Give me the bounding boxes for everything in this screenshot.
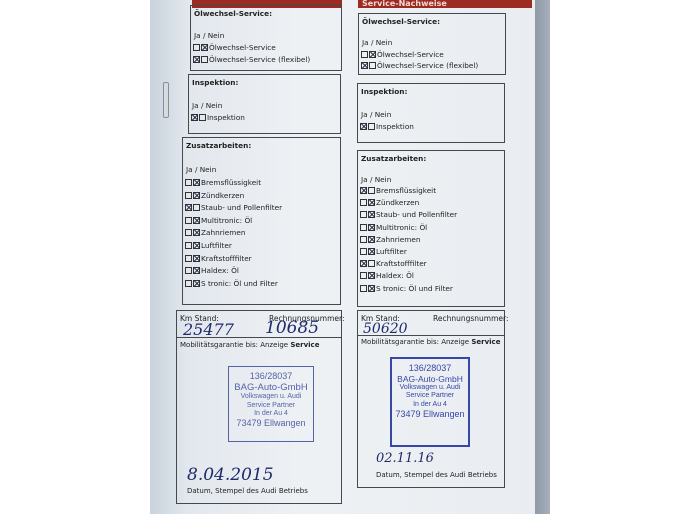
date-value: 8.04.2015 [187,465,274,485]
checkbox-ja[interactable] [360,187,367,194]
stamp-line: BAG-Auto-GmbH [229,382,313,393]
checkbox-ja[interactable] [361,62,368,69]
checkbox-nein[interactable] [193,204,200,211]
row-label: Multitronic: Öl [201,216,252,225]
checkbox-nein[interactable] [368,187,375,194]
row-label: Luftfilter [201,241,232,250]
row-label: Zahnriemen [201,228,245,237]
mobility-guarantee-label: Mobilitätsgarantie bis: Anzeige Service [361,338,500,346]
checkbox-nein[interactable] [193,229,200,236]
checkbox-ja[interactable] [193,56,200,63]
row-label: Staub- und Pollenfilter [201,203,282,212]
dealer-stamp: 136/28037 BAG-Auto-GmbH Volkswagen u. Au… [390,357,470,447]
yes-no-label: Ja / Nein [361,175,391,184]
additional-work-box-right: Zusatzarbeiten: Ja / Nein Bremsflüssigke… [357,150,505,307]
checkbox-ja[interactable] [360,123,367,130]
checkbox-ja[interactable] [360,260,367,267]
checkbox-ja[interactable] [361,51,368,58]
row-label: Ölwechsel-Service [209,43,276,52]
row-label: Bremsflüssigkeit [201,178,261,187]
checkbox-nein[interactable] [368,260,375,267]
checkbox-row[interactable]: Staub- und Pollenfilter [360,210,457,219]
checkbox-row[interactable]: Multitronic: Öl [360,223,427,232]
oil-service-title: Ölwechsel-Service: [194,9,272,18]
checkbox-row[interactable]: Kraftstofffilter [360,259,427,268]
checkbox-ja[interactable] [185,255,192,262]
row-label: Inspektion [376,122,414,131]
row-label: Inspektion [207,113,245,122]
row-label: Bremsflüssigkeit [376,186,436,195]
checkbox-ja[interactable] [185,204,192,211]
stamp-line: In der Au 4 [392,401,468,409]
mobility-bold: Service [290,341,319,349]
checkbox-row[interactable]: Zündkerzen [185,191,244,200]
checkbox-ja[interactable] [185,242,192,249]
mobility-guarantee-label: Mobilitätsgarantie bis: Anzeige Service [180,341,319,349]
checkbox-nein[interactable] [201,44,208,51]
row-label: Haldex: Öl [376,271,414,280]
additional-work-title: Zusatzarbeiten: [361,154,426,163]
date-stamp-label: Datum, Stempel des Audi Betriebs [376,471,497,479]
checkbox-row[interactable]: Zündkerzen [360,198,419,207]
background [0,0,150,514]
checkbox-ja[interactable] [185,229,192,236]
oil-service-box-left: Ölwechsel-Service: Ja / Nein Ölwechsel-S… [190,5,342,71]
checkbox-row[interactable]: Zahnriemen [185,228,245,237]
checkbox-ja[interactable] [360,272,367,279]
checkbox-row-oil-service[interactable]: Ölwechsel-Service [361,50,444,59]
checkbox-ja[interactable] [193,44,200,51]
checkbox-row[interactable]: Luftfilter [185,241,232,250]
row-label: Haldex: Öl [201,266,239,275]
checkbox-row[interactable]: Bremsflüssigkeit [185,178,261,187]
dealer-stamp: 136/28037 BAG-Auto-GmbH Volkswagen u. Au… [228,366,314,442]
checkbox-nein[interactable] [368,285,375,292]
checkbox-row[interactable]: S tronic: Öl und Filter [360,284,453,293]
checkbox-row-oil-service-flexible[interactable]: Ölwechsel-Service (flexibel) [361,61,478,70]
date-value: 02.11.16 [376,451,434,466]
checkbox-ja[interactable] [185,217,192,224]
stamp-line: 136/28037 [229,371,313,382]
right-header-bar: Service-Nachweise [358,0,532,8]
invoice-value: 10685 [265,318,319,338]
page-edge [535,0,550,514]
row-label: S tronic: Öl und Filter [376,284,453,293]
checkbox-nein[interactable] [369,51,376,58]
checkbox-ja[interactable] [360,199,367,206]
checkbox-ja[interactable] [185,179,192,186]
checkbox-nein[interactable] [193,192,200,199]
divider [177,337,341,338]
stamp-line: BAG-Auto-GmbH [392,374,468,384]
inspection-title: Inspektion: [192,78,238,87]
inspection-box-right: Inspektion: Ja / Nein Inspektion [357,83,505,143]
checkbox-ja[interactable] [191,114,198,121]
checkbox-nein[interactable] [201,56,208,63]
checkbox-row-inspection[interactable]: Inspektion [191,113,245,122]
checkbox-row[interactable]: Haldex: Öl [185,266,239,275]
yes-no-label: Ja / Nein [186,165,216,174]
divider [358,335,504,336]
checkbox-row-oil-service[interactable]: Ölwechsel-Service [193,43,276,52]
checkbox-ja[interactable] [185,280,192,287]
stamp-line: Volkswagen u. Audi [229,393,313,401]
checkbox-row-inspection[interactable]: Inspektion [360,122,414,131]
checkbox-ja[interactable] [360,248,367,255]
checkbox-nein[interactable] [368,224,375,231]
additional-work-title: Zusatzarbeiten: [186,141,251,150]
checkbox-nein[interactable] [199,114,206,121]
stamp-line: In der Au 4 [229,410,313,418]
row-label: Zündkerzen [376,198,419,207]
checkbox-nein[interactable] [193,267,200,274]
checkbox-row[interactable]: S tronic: Öl und Filter [185,279,278,288]
checkbox-nein[interactable] [193,242,200,249]
checkbox-nein[interactable] [193,280,200,287]
checkbox-ja[interactable] [185,192,192,199]
mobility-text: Mobilitätsgarantie bis: Anzeige [180,341,288,349]
checkbox-row[interactable]: Staub- und Pollenfilter [185,203,282,212]
oil-service-box-right: Ölwechsel-Service: Ja / Nein Ölwechsel-S… [358,13,506,75]
row-label: Zündkerzen [201,191,244,200]
checkbox-ja[interactable] [360,211,367,218]
stamp-line: Volkswagen u. Audi [392,384,468,392]
row-label: Ölwechsel-Service (flexibel) [209,55,310,64]
checkbox-row[interactable]: Bremsflüssigkeit [360,186,436,195]
staple [163,82,169,118]
stamp-line: Service Partner [229,402,313,410]
row-label: Ölwechsel-Service (flexibel) [377,61,478,70]
date-stamp-label: Datum, Stempel des Audi Betriebs [187,487,308,495]
checkbox-ja[interactable] [360,224,367,231]
stamp-line: 136/28037 [392,363,468,374]
stamp-line: Service Partner [392,392,468,400]
record-box-left: Km Stand: Rechnungsnummer: 25477 10685 M… [176,310,342,504]
checkbox-nein[interactable] [193,255,200,262]
row-label: Kraftstofffilter [201,254,252,263]
checkbox-row[interactable]: Haldex: Öl [360,271,414,280]
checkbox-nein[interactable] [368,199,375,206]
inspection-box-left: Inspektion: Ja / Nein Inspektion [188,74,341,134]
checkbox-nein[interactable] [368,211,375,218]
checkbox-row[interactable]: Zahnriemen [360,235,420,244]
checkbox-nein[interactable] [368,123,375,130]
checkbox-row-oil-service-flexible[interactable]: Ölwechsel-Service (flexibel) [193,55,310,64]
oil-service-title: Ölwechsel-Service: [362,17,440,26]
yes-no-label: Ja / Nein [192,101,222,110]
row-label: Staub- und Pollenfilter [376,210,457,219]
checkbox-row[interactable]: Luftfilter [360,247,407,256]
checkbox-row[interactable]: Kraftstofffilter [185,254,252,263]
yes-no-label: Ja / Nein [361,110,391,119]
row-label: Kraftstofffilter [376,259,427,268]
row-label: Luftfilter [376,247,407,256]
checkbox-nein[interactable] [368,236,375,243]
yes-no-label: Ja / Nein [362,38,392,47]
row-label: S tronic: Öl und Filter [201,279,278,288]
row-label: Ölwechsel-Service [377,50,444,59]
checkbox-nein[interactable] [369,62,376,69]
mobility-text: Mobilitätsgarantie bis: Anzeige [361,338,469,346]
inspection-title: Inspektion: [361,87,407,96]
record-box-right: Km Stand: Rechnungsnummer: 50620 Mobilit… [357,310,505,488]
checkbox-nein[interactable] [368,272,375,279]
checkbox-ja[interactable] [360,236,367,243]
checkbox-ja[interactable] [185,267,192,274]
checkbox-ja[interactable] [360,285,367,292]
checkbox-nein[interactable] [193,179,200,186]
checkbox-row[interactable]: Multitronic: Öl [185,216,252,225]
checkbox-nein[interactable] [193,217,200,224]
row-label: Zahnriemen [376,235,420,244]
yes-no-label: Ja / Nein [194,31,224,40]
checkbox-nein[interactable] [368,248,375,255]
mobility-bold: Service [471,338,500,346]
stamp-line: 73479 Ellwangen [392,409,468,420]
row-label: Multitronic: Öl [376,223,427,232]
stamp-line: 73479 Ellwangen [229,418,313,429]
invoice-label: Rechnungsnummer: [433,314,509,323]
additional-work-box-left: Zusatzarbeiten: Ja / Nein Bremsflüssigke… [182,137,341,305]
